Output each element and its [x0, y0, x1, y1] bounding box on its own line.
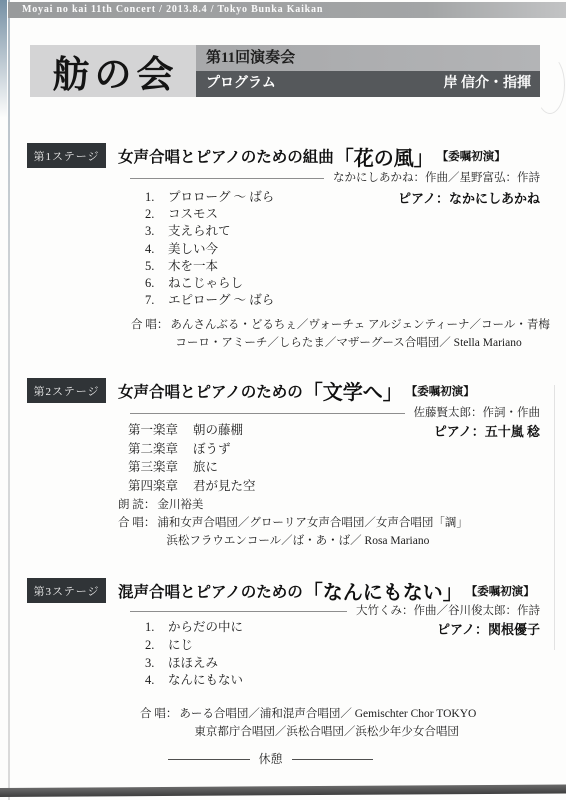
- song-number: 7.: [145, 292, 168, 309]
- stage1-title-work: 「花の風」: [334, 142, 434, 171]
- choir-label: 合 唱：: [118, 515, 155, 550]
- song-title: 美しい今: [168, 241, 218, 258]
- song-title: プロローグ ～ ばら: [168, 189, 274, 206]
- conductor-label: 岸 信介・指揮: [444, 71, 532, 97]
- song-item: 3. ほほえみ: [145, 655, 243, 673]
- song-item: 4. なんにもない: [145, 672, 243, 690]
- stage1-pianist: ピアノ：なかにしあかね: [398, 188, 540, 207]
- stage3-title-work: 「なんにもない」: [303, 576, 463, 605]
- stage1-song-list: 1. プロローグ ～ ばら 2. コスモス 3. 支えられて 4. 美しい今 5…: [145, 189, 274, 309]
- program-band: プログラム 岸 信介・指揮: [196, 71, 540, 97]
- movement-item: 第四楽章 君が見た空: [128, 477, 256, 496]
- song-number: 4.: [145, 672, 168, 690]
- stage1-title-prefix: 女声合唱とピアノのための組曲: [118, 145, 334, 167]
- song-title: 支えられて: [168, 223, 231, 240]
- stage1-label: 第1ステージ: [27, 143, 106, 168]
- scan-right-crease: [554, 385, 555, 650]
- song-item: 2. コスモス: [145, 206, 274, 223]
- stage3-credit-text: 大竹くみ：作曲／谷川俊太郎：作詩: [356, 602, 540, 618]
- stage2-title-prefix: 女声合唱とピアノのための: [118, 380, 303, 402]
- stage2-movement-list: 第一楽章 朝の藤棚 第二楽章 ぼうず 第三楽章 旅に 第四楽章 君が見た空: [128, 421, 256, 495]
- stage3-title-prefix: 混声合唱とピアノのための: [118, 580, 303, 602]
- scan-corner-mark: [0, 0, 7, 118]
- edition-band: 第11回演奏会: [196, 45, 540, 71]
- song-item: 1. からだの中に: [145, 619, 243, 637]
- stage2-choir-row: 合 唱： 浦和女声合唱団／グローリア女声合唱団／女声合唱団「調」 浜松フラウエン…: [118, 515, 468, 550]
- movement-title: 旅に: [193, 458, 218, 477]
- stage3-song-list: 1. からだの中に 2. にじ 3. ほほえみ 4. なんにもない: [145, 619, 243, 690]
- intermission-divider: 休憩: [168, 750, 373, 767]
- program-label: プログラム: [206, 71, 276, 97]
- choir-line: あーる合唱団／浦和混声合唱団／ Gemischter Chor TOKYO: [179, 706, 476, 724]
- song-title: エピローグ ～ ばら: [168, 292, 274, 309]
- stage2-label: 第2ステージ: [27, 378, 106, 403]
- stage2-label-text: 第2ステージ: [33, 383, 99, 399]
- movement-item: 第二楽章 ぼうず: [128, 440, 256, 459]
- song-number: 1.: [145, 619, 168, 637]
- song-item: 1. プロローグ ～ ばら: [145, 189, 274, 206]
- song-item: 5. 木を一本: [145, 258, 274, 275]
- program-page: Moyai no kai 11th Concert / 2013.8.4 / T…: [0, 0, 566, 800]
- song-number: 1.: [145, 189, 168, 206]
- song-number: 4.: [145, 241, 168, 258]
- song-title: コスモス: [168, 206, 218, 223]
- footer-choir-row: 合 唱： あーる合唱団／浦和混声合唱団／ Gemischter Chor TOK…: [140, 706, 476, 741]
- song-title: にじ: [168, 637, 193, 655]
- credit-rule: [130, 413, 405, 414]
- movement-number: 第二楽章: [128, 440, 178, 459]
- song-number: 2.: [145, 637, 168, 655]
- song-item: 3. 支えられて: [145, 223, 274, 240]
- scan-bottom-edge: [0, 784, 566, 797]
- song-item: 4. 美しい今: [145, 241, 274, 258]
- song-title: 木を一本: [168, 258, 218, 275]
- song-number: 2.: [145, 206, 168, 223]
- movement-number: 第三楽章: [128, 458, 178, 477]
- song-number: 3.: [145, 655, 168, 673]
- stage2-title-work: 「文学へ」: [303, 376, 403, 405]
- song-title: なんにもない: [168, 672, 243, 690]
- movement-title: 朝の藤棚: [193, 421, 243, 440]
- credit-rule: [130, 611, 347, 612]
- stage1-label-text: 第1ステージ: [33, 148, 99, 164]
- choir-lines: あんさんぶる・どるちぇ／ヴォーチェ アルジェンティーナ／コール・青梅 コーロ・ア…: [170, 317, 549, 352]
- movement-title: 君が見た空: [193, 477, 256, 496]
- stage2-narration-row: 朗 読： 金川裕美: [118, 497, 203, 515]
- song-item: 2. にじ: [145, 637, 243, 655]
- stage1-credit-text: なかにしあかね：作曲／星野富弘：作詩: [333, 169, 540, 185]
- movement-item: 第三楽章 旅に: [128, 458, 256, 477]
- scan-left-edge: [8, 0, 10, 800]
- narrator-name: 金川裕美: [157, 497, 203, 515]
- song-number: 5.: [145, 258, 168, 275]
- concert-series-title: 舫の会: [53, 44, 179, 98]
- movement-number: 第四楽章: [128, 477, 178, 496]
- choir-line: コーロ・アミーチ／しらたま／マザーグース合唱団／ Stella Mariano: [175, 335, 549, 353]
- movement-number: 第一楽章: [128, 421, 178, 440]
- choir-line: 浦和女声合唱団／グローリア女声合唱団／女声合唱団「調」: [157, 515, 468, 533]
- song-title: からだの中に: [168, 619, 243, 637]
- choir-lines: あーる合唱団／浦和混声合唱団／ Gemischter Chor TOKYO 東京…: [179, 706, 476, 741]
- song-title: ほほえみ: [168, 655, 218, 673]
- movement-item: 第一楽章 朝の藤棚: [128, 421, 256, 440]
- stage2-premiere-badge: 【委嘱初演】: [406, 383, 475, 399]
- choir-line: あんさんぶる・どるちぇ／ヴォーチェ アルジェンティーナ／コール・青梅: [170, 317, 549, 335]
- stage2-credit-text: 佐藤賢太郎：作詞・作曲: [414, 404, 541, 420]
- choir-line: 東京都庁合唱団／浜松合唱団／浜松少年少女合唱団: [194, 724, 476, 742]
- song-item: 7. エピローグ ～ ばら: [145, 292, 274, 309]
- intermission-rule-left: [168, 759, 250, 760]
- song-number: 3.: [145, 223, 168, 240]
- choir-lines: 浦和女声合唱団／グローリア女声合唱団／女声合唱団「調」 浜松フラウエンコール／ば…: [157, 515, 468, 550]
- edition-label: 第11回演奏会: [206, 50, 295, 66]
- stage1-premiere-badge: 【委嘱初演】: [437, 148, 506, 164]
- stage2-title: 女声合唱とピアノのための 「文学へ」 【委嘱初演】: [118, 375, 475, 406]
- movement-title: ぼうず: [193, 440, 231, 459]
- stage3-credit-row: 大竹くみ：作曲／谷川俊太郎：作詩: [130, 602, 540, 618]
- choir-line: 浜松フラウエンコール／ば・あ・ば／ Rosa Mariano: [166, 533, 468, 551]
- song-item: 6. ねこじゃらし: [145, 275, 274, 292]
- choir-label: 合 唱：: [131, 317, 168, 352]
- stage1-title: 女声合唱とピアノのための組曲 「花の風」 【委嘱初演】: [118, 141, 506, 171]
- stage3-pianist: ピアノ：関根優子: [437, 619, 540, 638]
- song-title: ねこじゃらし: [168, 275, 243, 292]
- stage1-credit-row: なかにしあかね：作曲／星野富弘：作詩: [130, 169, 540, 185]
- choir-label: 合 唱：: [140, 706, 177, 741]
- credit-rule: [130, 178, 324, 179]
- stage3-label-text: 第3ステージ: [33, 583, 99, 599]
- stage3-premiere-badge: 【委嘱初演】: [466, 583, 535, 599]
- song-number: 6.: [145, 275, 168, 292]
- intermission-rule-right: [292, 759, 374, 760]
- narration-label: 朗 読：: [118, 497, 155, 515]
- top-strip-text: Moyai no kai 11th Concert / 2013.8.4 / T…: [22, 4, 323, 15]
- stage2-credit-row: 佐藤賢太郎：作詞・作曲: [130, 404, 540, 420]
- stage2-pianist: ピアノ：五十嵐 稔: [434, 421, 540, 440]
- stage3-label: 第3ステージ: [27, 578, 106, 603]
- intermission-label: 休憩: [259, 750, 283, 767]
- title-box: 舫の会: [30, 45, 196, 97]
- top-strip: Moyai no kai 11th Concert / 2013.8.4 / T…: [8, 2, 566, 18]
- stage1-choir-row: 合 唱： あんさんぶる・どるちぇ／ヴォーチェ アルジェンティーナ／コール・青梅 …: [131, 317, 550, 352]
